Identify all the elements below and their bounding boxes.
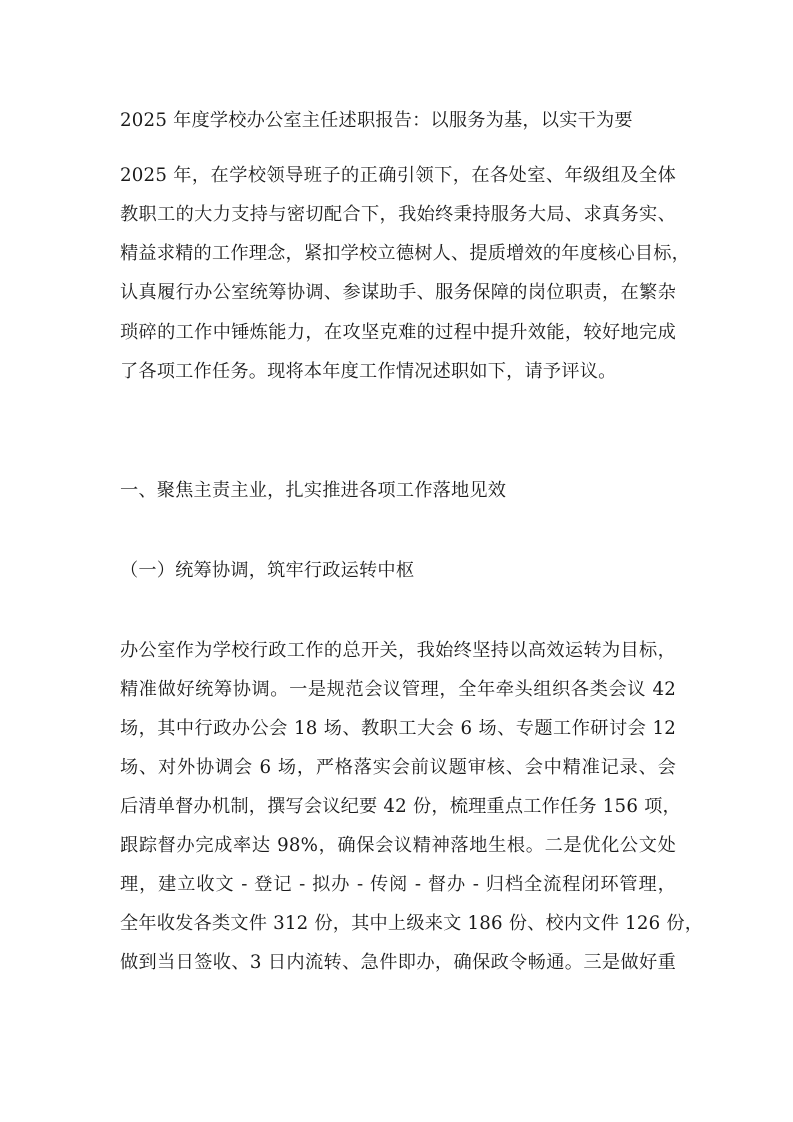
intro-line: 认真履行办公室统筹协调、参谋助手、服务保障的岗位职责，在繁杂: [120, 282, 676, 304]
document-page: 2025 年度学校办公室主任述职报告：以服务为基，以实干为要 2025 年，在学…: [0, 0, 793, 1122]
body-line: 跟踪督办完成率达 98%，确保会议精神落地生根。二是优化公文处: [120, 835, 676, 857]
body-line: 精准做好统筹协调。一是规范会议管理，全年牵头组织各类会议 42: [120, 679, 676, 701]
section-heading: 一、聚焦主责主业，扎实推进各项工作落地见效: [120, 480, 676, 502]
intro-line: 2025 年，在学校领导班子的正确引领下，在各处室、年级组及全体: [120, 165, 676, 187]
intro-line: 精益求精的工作理念，紧扣学校立德树人、提质增效的年度核心目标，: [120, 243, 676, 265]
intro-line: 教职工的大力支持与密切配合下，我始终秉持服务大局、求真务实、: [120, 204, 676, 226]
body-line: 做到当日签收、3 日内流转、急件即办，确保政令畅通。三是做好重: [120, 952, 676, 974]
body-line: 理，建立收文 - 登记 - 拟办 - 传阅 - 督办 - 归档全流程闭环管理，: [120, 874, 676, 896]
body-line: 全年收发各类文件 312 份，其中上级来文 186 份、校内文件 126 份，: [120, 913, 676, 935]
body-line: 办公室作为学校行政工作的总开关，我始终坚持以高效运转为目标，: [120, 640, 676, 662]
intro-line: 琐碎的工作中锤炼能力，在攻坚克难的过程中提升效能，较好地完成: [120, 322, 676, 344]
body-line: 后清单督办机制，撰写会议纪要 42 份，梳理重点工作任务 156 项，: [120, 796, 676, 818]
document-title: 2025 年度学校办公室主任述职报告：以服务为基，以实干为要: [120, 110, 676, 132]
body-line: 场，其中行政办公会 18 场、教职工大会 6 场、专题工作研讨会 12: [120, 718, 676, 740]
intro-line: 了各项工作任务。现将本年度工作情况述职如下，请予评议。: [120, 361, 676, 383]
subsection-heading: （一）统筹协调，筑牢行政运转中枢: [120, 560, 676, 582]
body-line: 场、对外协调会 6 场，严格落实会前议题审核、会中精准记录、会: [120, 757, 676, 779]
